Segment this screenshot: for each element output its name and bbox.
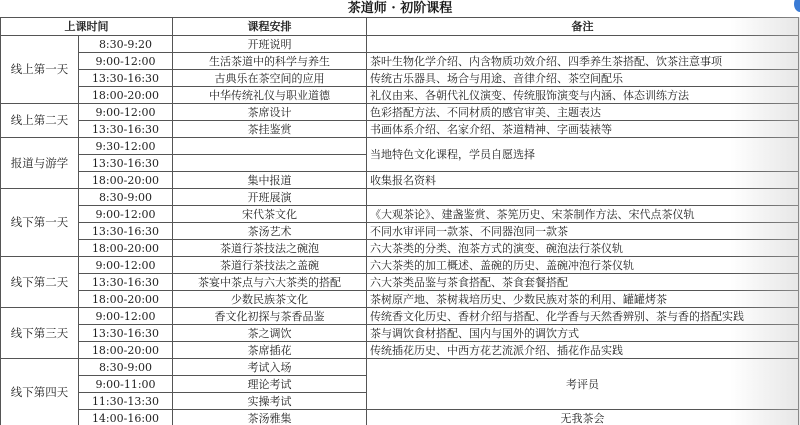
course-cell: 宋代茶文化 xyxy=(173,206,367,223)
header-row: 上课时间 课程安排 备注 xyxy=(1,18,799,36)
table-row: 线下第三天 9:00-12:00 香文化初探与茶香品鉴 传统香文化历史、香材介绍… xyxy=(1,308,799,325)
table-row: 报道与游学 9:30-12:00 当地特色文化课程，学员自愿选择 xyxy=(1,138,799,155)
table-row: 线上第一天 8:30-9:20 开班说明 xyxy=(1,36,799,53)
header-course: 课程安排 xyxy=(173,18,367,36)
course-cell: 茶席插花 xyxy=(173,342,367,359)
table-row: 13:30-16:30 古典乐在茶空间的应用 传统古乐器具、场合与用途、音律介绍… xyxy=(1,70,799,87)
course-cell: 开班展演 xyxy=(173,189,367,206)
table-row: 线下第二天 9:00-12:00 茶道行茶技法之盖碗 六大茶类的加工概述、盖碗的… xyxy=(1,257,799,274)
course-cell: 茶汤艺术 xyxy=(173,223,367,240)
note-cell: 礼仪由来、各朝代礼仪演变、传统服饰演变与内涵、体态训练方法 xyxy=(367,87,799,104)
table-row: 线上第二天 9:00-12:00 茶席设计 色彩搭配方法、不同材质的感官审美、主… xyxy=(1,104,799,121)
header-time: 上课时间 xyxy=(1,18,173,36)
time-cell: 18:00-20:00 xyxy=(79,87,173,104)
course-cell: 考试入场 xyxy=(173,359,367,376)
note-cell: 不同水审评同一款茶、不同器泡同一款茶 xyxy=(367,223,799,240)
note-cell: 六大茶类的加工概述、盖碗的历史、盖碗冲泡行茶仪轨 xyxy=(367,257,799,274)
course-cell: 茶挂鉴赏 xyxy=(173,121,367,138)
time-cell: 18:00-20:00 xyxy=(79,172,173,189)
note-cell xyxy=(367,36,799,53)
time-cell: 9:00-12:00 xyxy=(79,104,173,121)
time-cell: 18:00-20:00 xyxy=(79,342,173,359)
note-cell: 茶树原产地、茶树栽培历史、少数民族对茶的利用、罐罐烤茶 xyxy=(367,291,799,308)
course-cell: 茶道行茶技法之盖碗 xyxy=(173,257,367,274)
time-cell: 9:00-12:00 xyxy=(79,257,173,274)
note-cell: 色彩搭配方法、不同材质的感官审美、主题表达 xyxy=(367,104,799,121)
note-cell: 收集报名资料 xyxy=(367,172,799,189)
day-label: 线下第一天 xyxy=(1,189,79,257)
note-cell xyxy=(367,189,799,206)
day-label: 线下第四天 xyxy=(1,359,79,425)
course-cell: 开班说明 xyxy=(173,36,367,53)
day-label: 线下第二天 xyxy=(1,257,79,308)
note-cell: 六大茶类品鉴与茶食搭配、茶食套餐搭配 xyxy=(367,274,799,291)
time-cell: 18:00-20:00 xyxy=(79,291,173,308)
merged-note-cell: 考评员 xyxy=(367,359,799,410)
time-cell: 9:00-11:00 xyxy=(79,376,173,393)
course-cell: 茶席设计 xyxy=(173,104,367,121)
day-label: 线下第三天 xyxy=(1,308,79,359)
time-cell: 18:00-20:00 xyxy=(79,240,173,257)
table-row: 9:00-12:00 生活茶道中的科学与养生 茶叶生物化学介绍、内含物质功效介绍… xyxy=(1,53,799,70)
table-row: 14:00-16:00 茶汤雅集 无我茶会 xyxy=(1,410,799,425)
table-row: 18:00-20:00 集中报道 收集报名资料 xyxy=(1,172,799,189)
time-cell: 13:30-16:30 xyxy=(79,325,173,342)
page-title: 茶道师 · 初阶课程 xyxy=(0,0,800,17)
note-cell: 茶叶生物化学介绍、内含物质功效介绍、四季养生茶搭配、饮茶注意事项 xyxy=(367,53,799,70)
time-cell: 9:00-12:00 xyxy=(79,206,173,223)
course-cell: 集中报道 xyxy=(173,172,367,189)
time-cell: 13:30-16:30 xyxy=(79,274,173,291)
course-cell xyxy=(173,138,367,155)
note-cell: 传统插花历史、中西方花艺流派介绍、插花作品实践 xyxy=(367,342,799,359)
note-cell: 传统古乐器具、场合与用途、音律介绍、茶空间配乐 xyxy=(367,70,799,87)
table-row: 13:30-16:30 茶挂鉴赏 书画体系介绍、名家介绍、茶道精神、字画装裱等 xyxy=(1,121,799,138)
time-cell: 13:30-16:30 xyxy=(79,70,173,87)
course-cell: 茶道行茶技法之碗泡 xyxy=(173,240,367,257)
note-cell: 无我茶会 xyxy=(367,410,799,425)
note-cell: 《大观茶论》、建盏鉴赏、茶筅历史、宋茶制作方法、宋代点茶仪轨 xyxy=(367,206,799,223)
course-cell xyxy=(173,155,367,172)
time-cell: 8:30-9:00 xyxy=(79,359,173,376)
note-cell: 六大茶类的分类、泡茶方式的演变、碗泡法行茶仪轨 xyxy=(367,240,799,257)
time-cell: 8:30-9:00 xyxy=(79,189,173,206)
time-cell: 9:00-12:00 xyxy=(79,308,173,325)
course-cell: 茶之调饮 xyxy=(173,325,367,342)
table-row: 线下第四天 8:30-9:00 考试入场 考评员 xyxy=(1,359,799,376)
course-cell: 茶宴中茶点与六大茶类的搭配 xyxy=(173,274,367,291)
day-label: 线上第二天 xyxy=(1,104,79,138)
time-cell: 9:30-12:00 xyxy=(79,138,173,155)
time-cell: 9:00-12:00 xyxy=(79,53,173,70)
time-cell: 13:30-16:30 xyxy=(79,121,173,138)
course-cell: 理论考试 xyxy=(173,376,367,393)
table-row: 13:30-16:30 茶宴中茶点与六大茶类的搭配 六大茶类品鉴与茶食搭配、茶食… xyxy=(1,274,799,291)
table-row: 线下第一天 8:30-9:00 开班展演 xyxy=(1,189,799,206)
course-cell: 古典乐在茶空间的应用 xyxy=(173,70,367,87)
table-row: 9:00-12:00 宋代茶文化 《大观茶论》、建盏鉴赏、茶筅历史、宋茶制作方法… xyxy=(1,206,799,223)
course-cell: 少数民族茶文化 xyxy=(173,291,367,308)
course-cell: 香文化初探与茶香品鉴 xyxy=(173,308,367,325)
table-row: 13:30-16:30 茶之调饮 茶与调饮食材搭配、国内与国外的调饮方式 xyxy=(1,325,799,342)
note-cell: 传统香文化历史、香材介绍与搭配、化学香与天然香辨别、茶与香的搭配实践 xyxy=(367,308,799,325)
time-cell: 13:30-16:30 xyxy=(79,155,173,172)
time-cell: 11:30-13:30 xyxy=(79,393,173,410)
table-row: 18:00-20:00 少数民族茶文化 茶树原产地、茶树栽培历史、少数民族对茶的… xyxy=(1,291,799,308)
time-cell: 14:00-16:00 xyxy=(79,410,173,425)
header-notes: 备注 xyxy=(367,18,799,36)
table-row: 18:00-20:00 中华传统礼仪与职业道德 礼仪由来、各朝代礼仪演变、传统服… xyxy=(1,87,799,104)
day-label: 报道与游学 xyxy=(1,138,79,189)
course-cell: 中华传统礼仪与职业道德 xyxy=(173,87,367,104)
course-cell: 生活茶道中的科学与养生 xyxy=(173,53,367,70)
table-row: 18:00-20:00 茶道行茶技法之碗泡 六大茶类的分类、泡茶方式的演变、碗泡… xyxy=(1,240,799,257)
time-cell: 13:30-16:30 xyxy=(79,223,173,240)
table-row: 13:30-16:30 茶汤艺术 不同水审评同一款茶、不同器泡同一款茶 xyxy=(1,223,799,240)
table-row: 18:00-20:00 茶席插花 传统插花历史、中西方花艺流派介绍、插花作品实践 xyxy=(1,342,799,359)
course-schedule-table: 上课时间 课程安排 备注 线上第一天 8:30-9:20 开班说明 9:00-1… xyxy=(0,17,799,425)
course-cell: 实操考试 xyxy=(173,393,367,410)
merged-note-cell: 当地特色文化课程，学员自愿选择 xyxy=(367,138,799,172)
day-label: 线上第一天 xyxy=(1,36,79,104)
note-cell: 书画体系介绍、名家介绍、茶道精神、字画装裱等 xyxy=(367,121,799,138)
time-cell: 8:30-9:20 xyxy=(79,36,173,53)
note-cell: 茶与调饮食材搭配、国内与国外的调饮方式 xyxy=(367,325,799,342)
course-cell: 茶汤雅集 xyxy=(173,410,367,425)
